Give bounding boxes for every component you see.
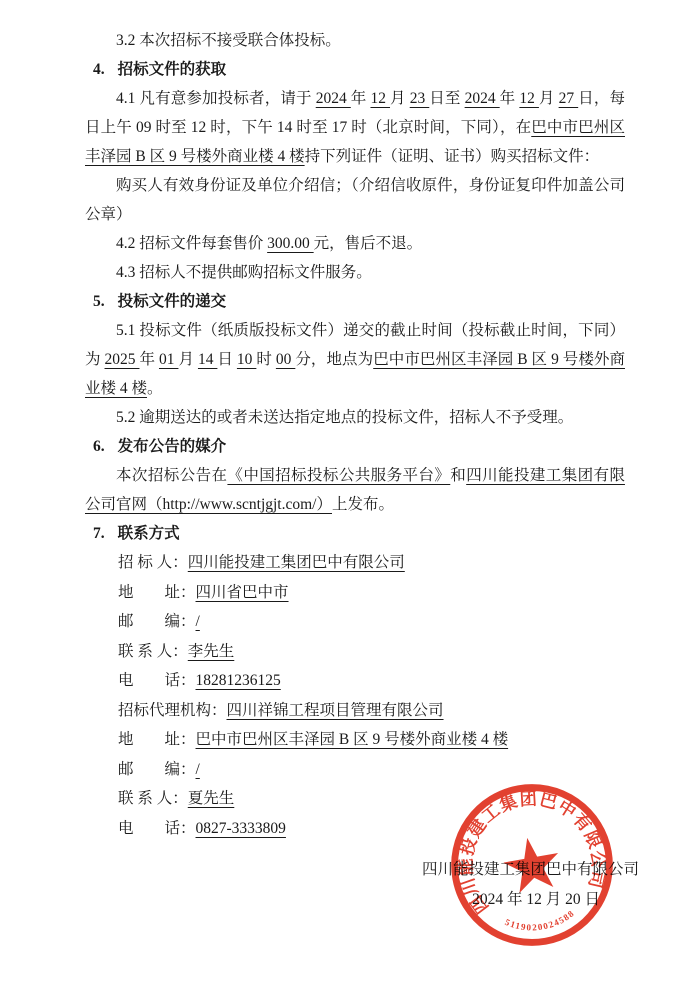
- text-segment: 4.2 招标文件每套售价: [116, 235, 267, 252]
- section-number: 5.: [93, 293, 105, 310]
- contact-value: 李先生: [188, 643, 235, 660]
- paragraph: 4.3 招标人不提供邮购招标文件服务。: [85, 258, 625, 287]
- contact-row: 电 话：18281236125: [85, 666, 625, 696]
- contact-row: 招标代理机构：四川祥锦工程项目管理有限公司: [85, 696, 625, 726]
- text-segment: 。: [147, 380, 163, 397]
- text-segment: 5.2 逾期送达的或者未送达指定地点的投标文件，招标人不予受理。: [116, 409, 573, 426]
- text-segment: 年: [351, 90, 371, 107]
- section-heading: 7.联系方式: [85, 519, 625, 548]
- section-title: 招标文件的获取: [118, 61, 227, 78]
- text-segment: 上发布。: [332, 496, 394, 513]
- section-title: 发布公告的媒介: [118, 438, 227, 455]
- contact-row: 邮 编：/: [85, 607, 625, 637]
- paragraph: 购买人有效身份证及单位介绍信；（介绍信收原件，身份证复印件加盖公司公章）: [85, 171, 625, 229]
- contact-label: 邮 编：: [118, 761, 196, 778]
- text-segment: 持下列证件（证明、证书）购买招标文件：: [305, 148, 600, 165]
- text-segment: 3.2 本次招标不接受联合体投标。: [116, 32, 341, 49]
- contact-value: /: [196, 613, 200, 630]
- underlined-text: 12: [519, 90, 539, 107]
- text-segment: 月: [390, 90, 410, 107]
- underlined-text: 2024: [465, 90, 500, 107]
- paragraph: 5.2 逾期送达的或者未送达指定地点的投标文件，招标人不予受理。: [85, 403, 625, 432]
- contact-row: 地 址：四川省巴中市: [85, 578, 625, 608]
- section-number: 6.: [93, 438, 105, 455]
- section-number: 7.: [93, 525, 105, 542]
- contact-value: /: [196, 761, 200, 778]
- contact-label: 电 话：: [118, 672, 196, 689]
- contact-value: 巴中市巴州区丰泽园 B 区 9 号楼外商业楼 4 楼: [196, 731, 509, 748]
- text-segment: 元，售后不退。: [314, 235, 423, 252]
- star-icon: [500, 833, 564, 895]
- contact-value: 四川能投建工集团巴中有限公司: [188, 554, 405, 571]
- paragraph: 3.2 本次招标不接受联合体投标。: [85, 26, 625, 55]
- text-segment: 本次招标公告在: [116, 467, 227, 484]
- text-segment: 日: [217, 351, 237, 368]
- contact-value: 四川省巴中市: [196, 584, 289, 601]
- underlined-text: 《中国招标投标公共服务平台》: [227, 467, 450, 484]
- text-segment: 4.3 招标人不提供邮购招标文件服务。: [116, 264, 372, 281]
- text-segment: 4.1 凡有意参加投标者，请于: [116, 90, 316, 107]
- section-title: 投标文件的递交: [118, 293, 227, 310]
- section-title: 联系方式: [118, 525, 180, 542]
- underlined-text: 23: [410, 90, 430, 107]
- paragraph: 本次招标公告在《中国招标投标公共服务平台》和四川能投建工集团有限公司官网（htt…: [85, 461, 625, 519]
- paragraph: 4.2 招标文件每套售价 300.00 元，售后不退。: [85, 229, 625, 258]
- paragraph: 5.1 投标文件（纸质版投标文件）递交的截止时间（投标截止时间，下同）为 202…: [85, 316, 625, 403]
- text-segment: 分，地点为: [295, 351, 373, 368]
- text-segment: 月: [178, 351, 198, 368]
- section-heading: 5.投标文件的递交: [85, 287, 625, 316]
- underlined-text: 300.00: [267, 235, 314, 252]
- contact-row: 联 系 人：李先生: [85, 637, 625, 667]
- paragraph: 4.1 凡有意参加投标者，请于 2024 年 12 月 23 日至 2024 年…: [85, 84, 625, 171]
- contact-label: 招标代理机构：: [118, 702, 227, 719]
- underlined-text: 14: [198, 351, 217, 368]
- section-number: 4.: [93, 61, 105, 78]
- contact-label: 联 系 人：: [118, 790, 188, 807]
- contact-label: 邮 编：: [118, 613, 196, 630]
- underlined-text: 12: [370, 90, 390, 107]
- contact-value: 四川祥锦工程项目管理有限公司: [227, 702, 444, 719]
- underlined-text: 01: [159, 351, 178, 368]
- contact-label: 电 话：: [118, 820, 196, 837]
- text-segment: 时: [256, 351, 276, 368]
- contact-value: 夏先生: [188, 790, 235, 807]
- contact-label: 地 址：: [118, 731, 196, 748]
- text-segment: 日至: [429, 90, 464, 107]
- underlined-text: 10: [237, 351, 256, 368]
- contact-value: 0827-3333809: [196, 820, 286, 837]
- text-segment: 年: [139, 351, 159, 368]
- contact-value: 18281236125: [196, 672, 281, 689]
- text-segment: 年: [500, 90, 520, 107]
- contact-row: 招 标 人：四川能投建工集团巴中有限公司: [85, 548, 625, 578]
- text-segment: 购买人有效身份证及单位介绍信；（介绍信收原件，身份证复印件加盖公司公章）: [85, 177, 625, 223]
- contact-label: 地 址：: [118, 584, 196, 601]
- contact-label: 招 标 人：: [118, 554, 188, 571]
- contact-label: 联 系 人：: [118, 643, 188, 660]
- section-heading: 4.招标文件的获取: [85, 55, 625, 84]
- document-page: 3.2 本次招标不接受联合体投标。4.招标文件的获取4.1 凡有意参加投标者，请…: [0, 0, 700, 990]
- underlined-text: 00: [276, 351, 295, 368]
- company-seal: 四川能投建工集团巴中有限公司 5119020024588: [432, 765, 631, 964]
- underlined-text: 2024: [316, 90, 351, 107]
- text-segment: 月: [539, 90, 559, 107]
- section-heading: 6.发布公告的媒介: [85, 432, 625, 461]
- underlined-text: 2025: [105, 351, 140, 368]
- underlined-text: 27: [559, 90, 579, 107]
- text-segment: 和: [450, 467, 466, 484]
- contact-row: 地 址：巴中市巴州区丰泽园 B 区 9 号楼外商业楼 4 楼: [85, 725, 625, 755]
